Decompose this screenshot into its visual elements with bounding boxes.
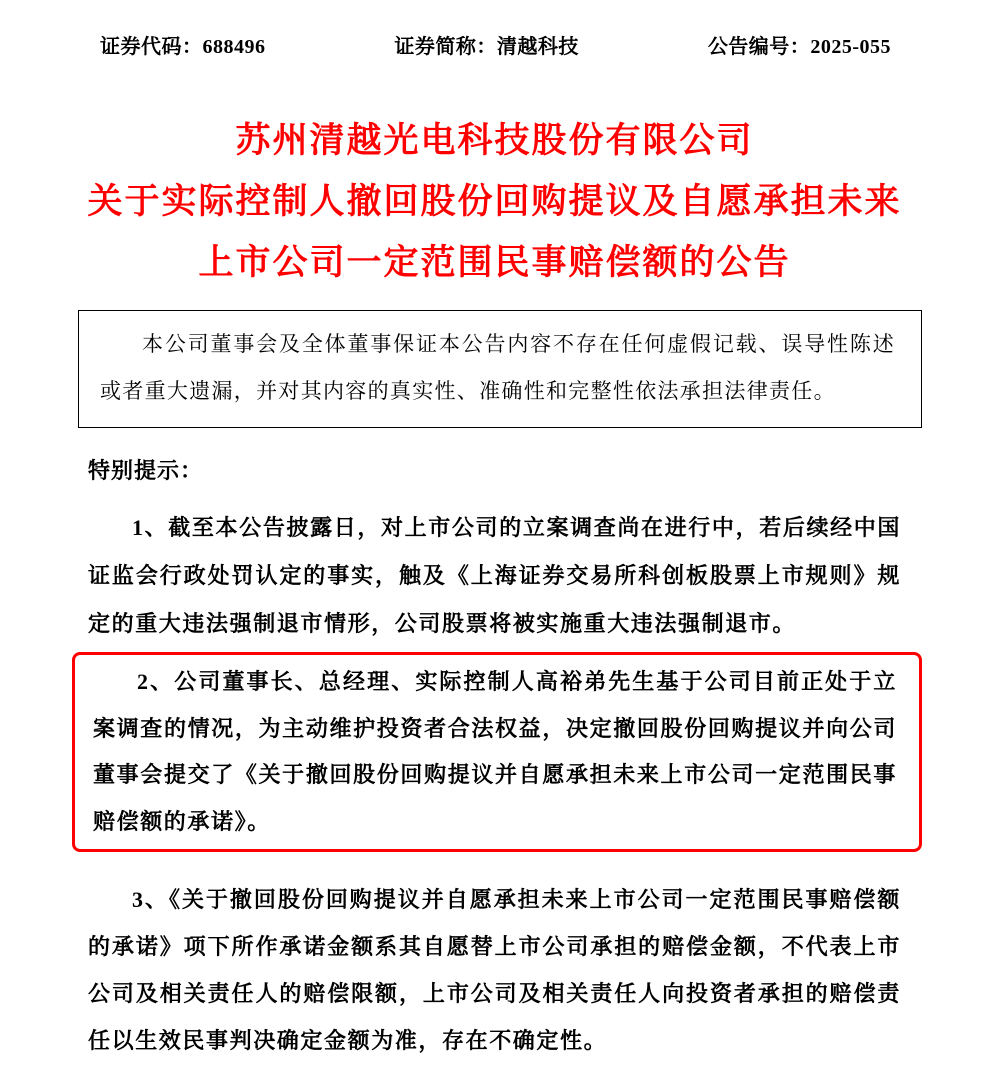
stock-code-value: 688496 [203,36,266,58]
special-notice-item-1: 1、截至本公告披露日，对上市公司的立案调查尚在进行中，若后续经中国证监会行政处罚… [88,504,901,648]
stock-short-name-label: 证券简称： [394,36,497,58]
stock-short-name-value: 清越科技 [497,36,579,58]
highlight-box: 2、公司董事长、总经理、实际控制人高裕弟先生基于公司目前正处于立案调查的情况，为… [72,652,922,852]
announcement-page: 证券代码：688496 证券简称：清越科技 公告编号：2025-055 苏州清越… [0,0,992,1070]
stock-short-name: 证券简称：清越科技 [394,34,579,60]
declaration-text: 本公司董事会及全体董事保证本公告内容不存在任何虚假记载、误导性陈述或者重大遗漏，… [100,321,895,415]
doc-title-line-3: 上市公司一定范围民事赔偿额的公告 [58,232,931,293]
doc-title: 苏州清越光电科技股份有限公司 关于实际控制人撤回股份回购提议及自愿承担未来 上市… [58,110,931,293]
special-notice-item-3: 3、《关于撤回股份回购提议并自愿承担未来上市公司一定范围民事赔偿额的承诺》项下所… [88,876,901,1064]
doc-header: 证券代码：688496 证券简称：清越科技 公告编号：2025-055 [88,34,901,60]
declaration-box: 本公司董事会及全体董事保证本公告内容不存在任何虚假记载、误导性陈述或者重大遗漏，… [78,310,922,428]
special-notice-heading: 特别提示： [88,456,901,486]
stock-code-label: 证券代码： [100,36,203,58]
doc-title-line-1: 苏州清越光电科技股份有限公司 [58,110,931,171]
special-notice-item-2: 2、公司董事长、总经理、实际控制人高裕弟先生基于公司目前正处于立案调查的情况，为… [93,659,897,845]
doc-title-line-2: 关于实际控制人撤回股份回购提议及自愿承担未来 [58,171,931,232]
announcement-number-value: 2025-055 [810,36,891,58]
stock-code: 证券代码：688496 [100,34,266,60]
announcement-number-label: 公告编号： [708,36,811,58]
announcement-number: 公告编号：2025-055 [708,34,891,60]
